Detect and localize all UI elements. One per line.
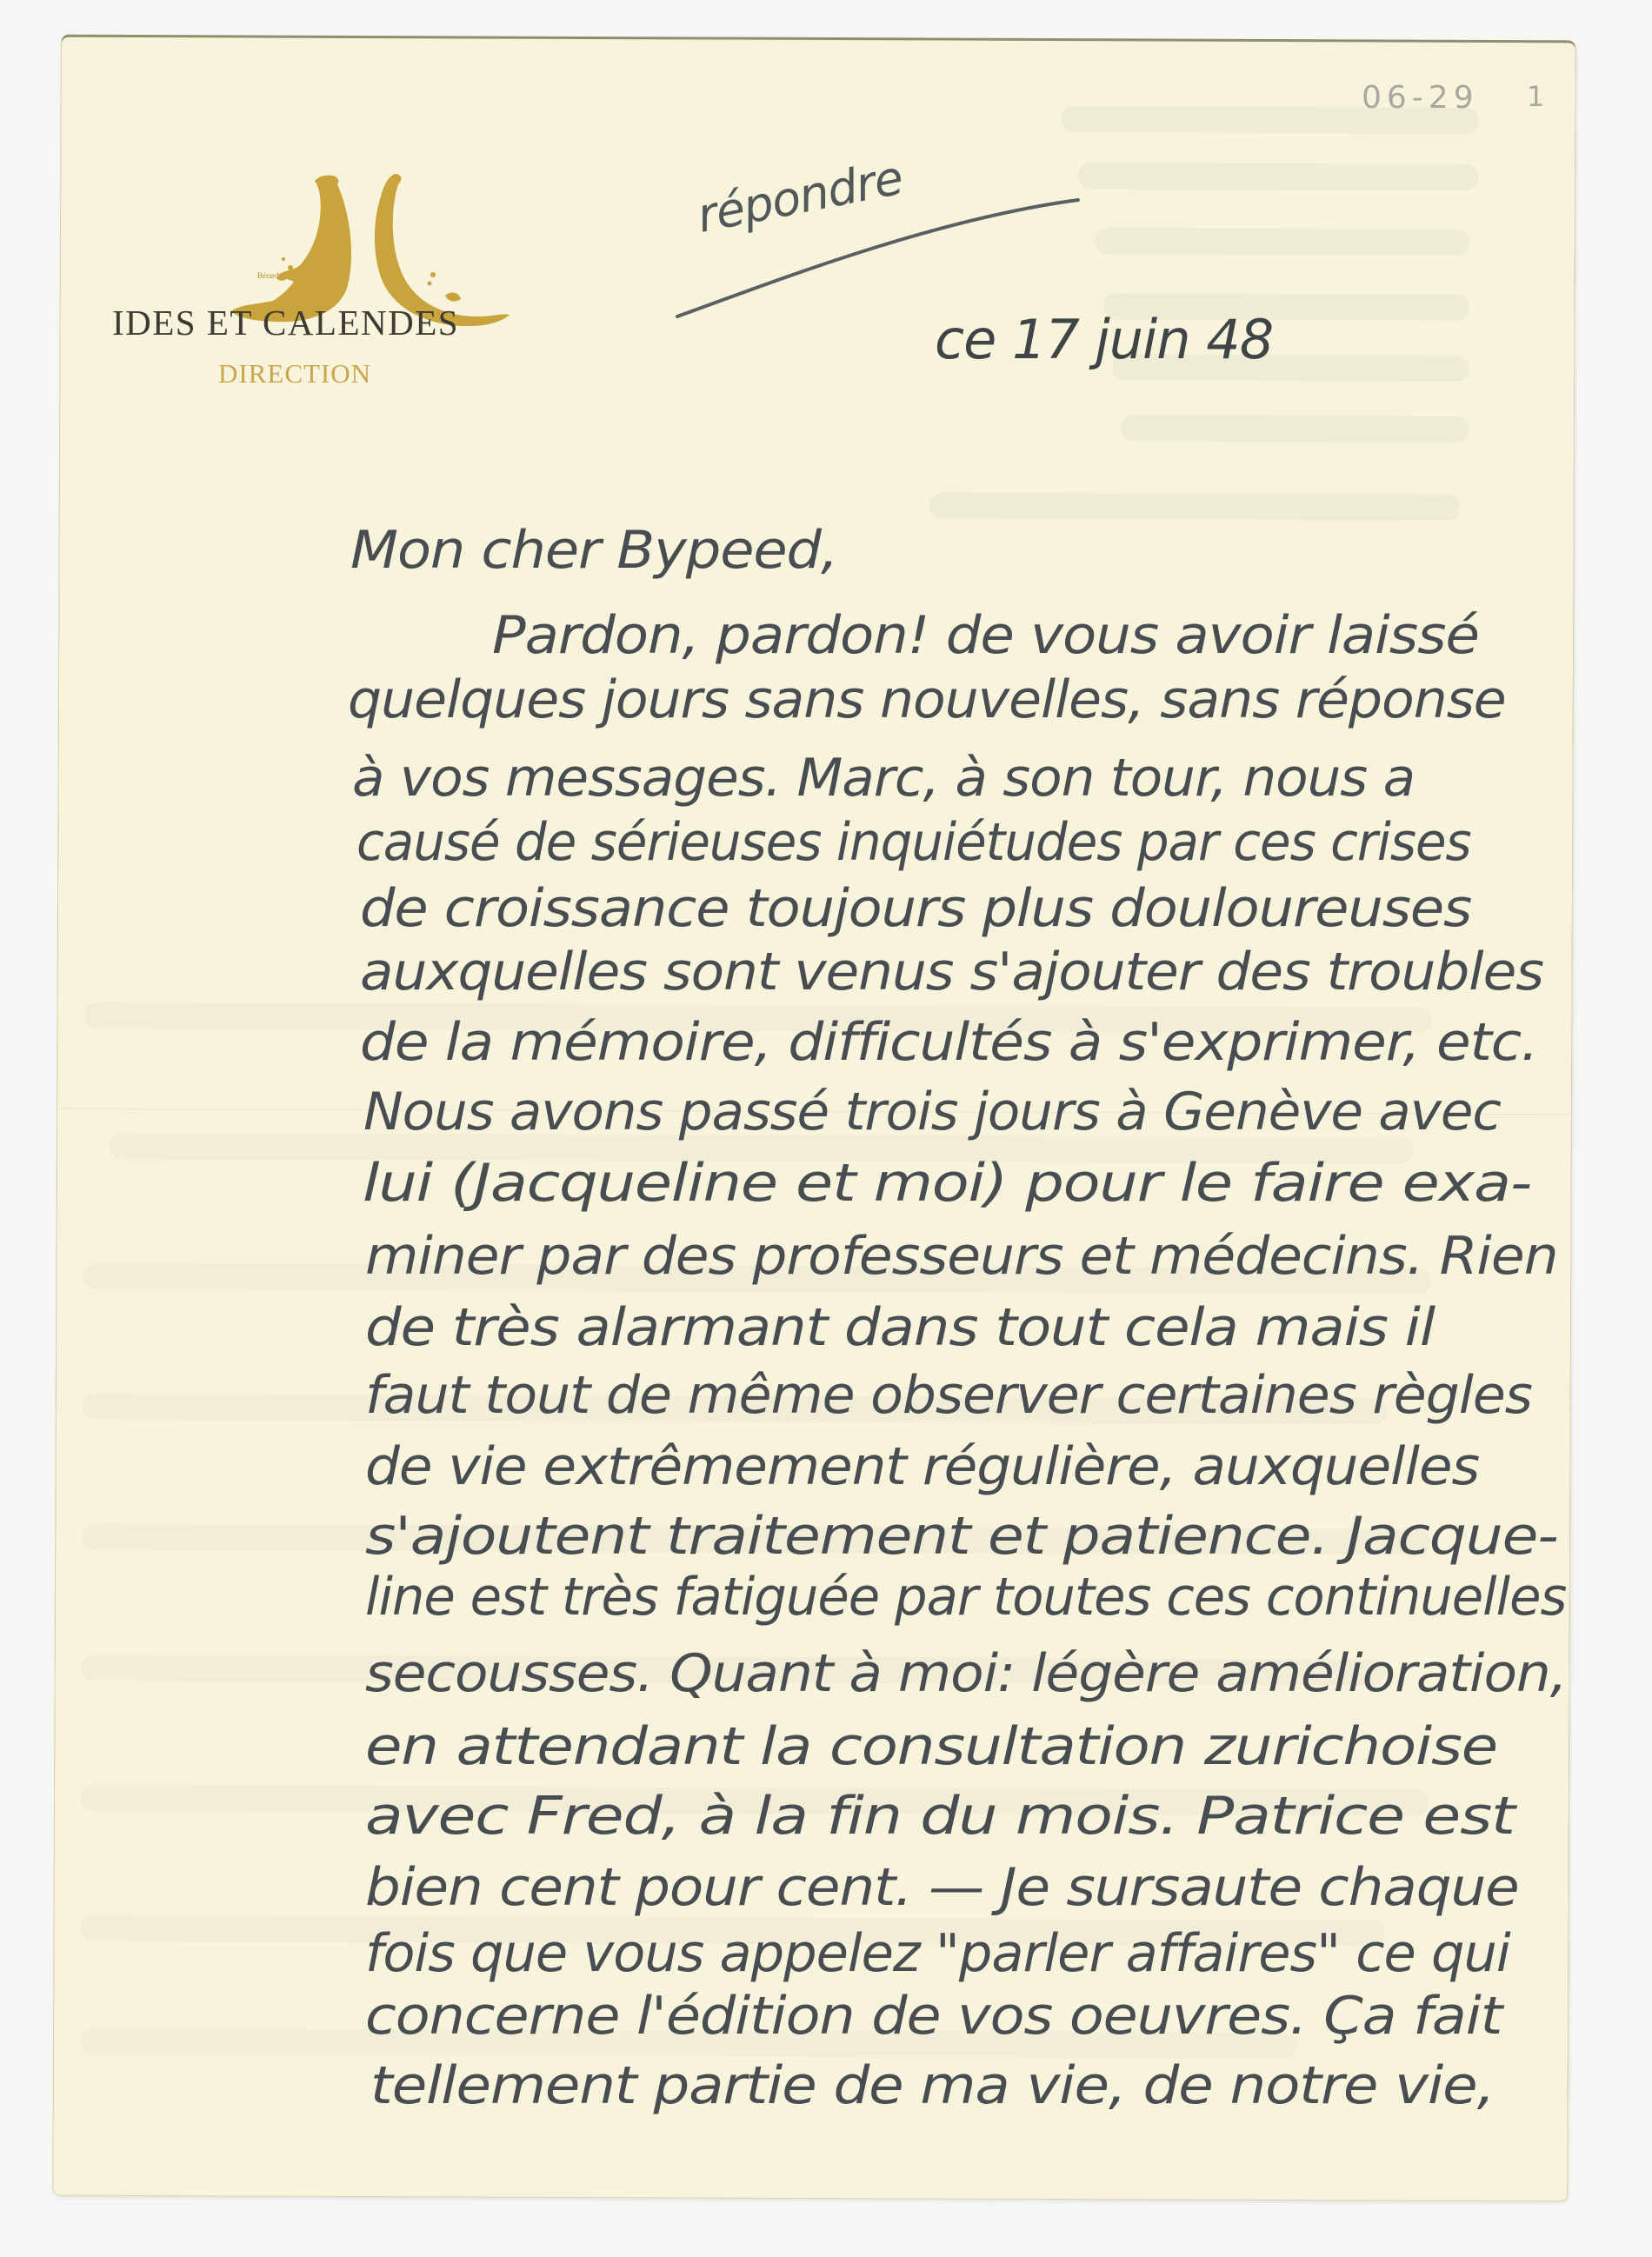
verso-bleed-through — [1121, 415, 1469, 443]
archive-reference: 06-29 — [1362, 80, 1479, 116]
letter-line: concerne l'édition de vos oeuvres. Ça fa… — [365, 1990, 1502, 2042]
letter-line: s'ajoutent traitement et patience. Jacqu… — [365, 1510, 1558, 1562]
letter-date: ce 17 juin 48 — [935, 313, 1273, 367]
letter-line: avec Fred, à la fin du mois. Patrice est — [365, 1790, 1515, 1842]
letter-line: de croissance toujours plus douloureuses — [360, 882, 1471, 935]
letter-line: Mon cher Bypeed, — [350, 524, 837, 576]
letter-line: line est très fatiguée par toutes ces co… — [365, 1571, 1566, 1623]
letter-line: Nous avons passé trois jours à Genève av… — [363, 1086, 1501, 1138]
verso-bleed-through — [929, 493, 1460, 521]
letter-line: lui (Jacqueline et moi) pour le faire ex… — [363, 1157, 1531, 1209]
letter-line: de très alarmant dans tout cela mais il — [365, 1302, 1435, 1354]
letter-line: causé de sérieuses inquiétudes par ces c… — [356, 816, 1471, 869]
letter-line: Pardon, pardon! de vous avoir laissé — [492, 609, 1479, 662]
verso-bleed-through — [1078, 163, 1478, 190]
letter-line: faut tout de même observer certaines règ… — [365, 1369, 1532, 1421]
logo-signature: Bérard — [257, 271, 279, 280]
letter-line: fois que vous appelez "parler affaires" … — [365, 1927, 1510, 1980]
annotation-underline — [674, 193, 1087, 323]
letter-line: en attendant la consultation zurichoise — [365, 1721, 1497, 1773]
letter-line: miner par des professeurs et médecins. R… — [365, 1230, 1558, 1282]
letter-line: auxquelles sont venus s'ajouter des trou… — [360, 946, 1543, 998]
letter-line: quelques jours sans nouvelles, sans répo… — [348, 674, 1506, 726]
verso-bleed-through — [1096, 228, 1469, 256]
letterhead-department: DIRECTION — [218, 358, 371, 389]
letter-line: bien cent pour cent. — Je sursaute chaqu… — [365, 1861, 1519, 1914]
letter-line: de la mémoire, difficultés à s'exprimer,… — [360, 1016, 1538, 1069]
page-number: 1 — [1527, 80, 1549, 113]
letter-line: de vie extrêmement régulière, auxquelles — [365, 1441, 1479, 1493]
publisher-name: IDES ET CALENDES — [112, 302, 459, 343]
letter-line: secousses. Quant à moi: légère améliorat… — [365, 1648, 1567, 1700]
letter-line: tellement partie de ma vie, de notre vie… — [370, 2060, 1494, 2112]
letter-line: à vos messages. Marc, à son tour, nous a — [352, 752, 1415, 804]
